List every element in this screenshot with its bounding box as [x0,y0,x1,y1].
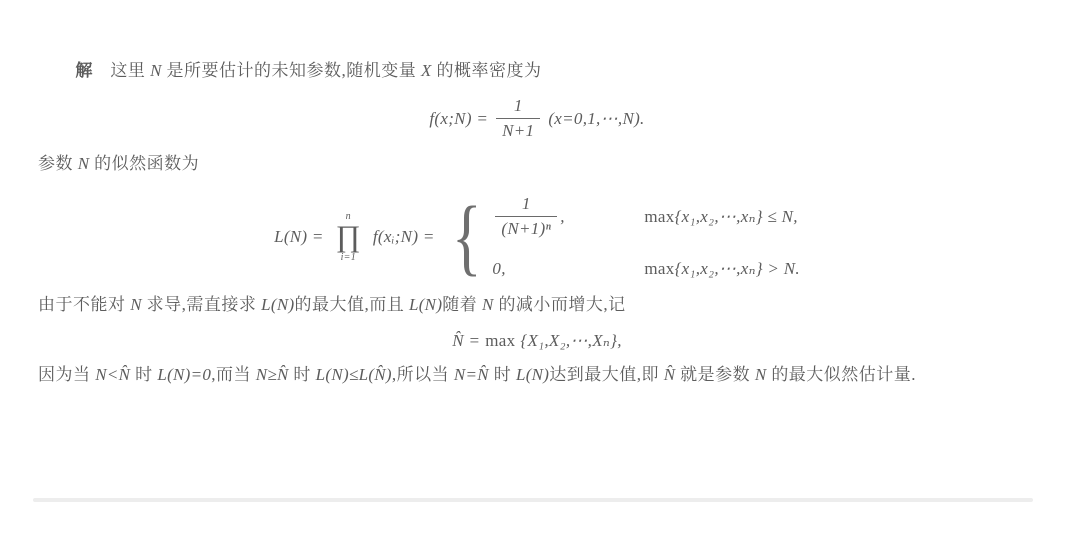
formula-domain: (x=0,1,⋯,N). [548,108,644,129]
text-run: 的减小而增大,记 [494,295,626,314]
math-inline: N=N̂ [454,365,489,384]
math-inline: L(N) [261,295,294,314]
case-1-value: 1 (N+1)ⁿ , [492,194,644,238]
conclusion-paragraph: 因为当 N<N̂ 时 L(N)=0,而当 N≥N̂ 时 L(N)≤L(N̂),所… [38,358,1036,391]
math-inline: L(N) [516,365,549,384]
text-run: 求导,需直接求 [142,295,261,314]
text-run: ,而当 [211,365,256,384]
text-run: 就是参数 [675,365,755,384]
case-row-2: 0, max{x₁,x₂,⋯,xₙ} > N. [492,258,800,279]
mle-lhs: N̂ = [452,330,480,351]
case-row-1: 1 (N+1)ⁿ , max{x₁,x₂,⋯,xₙ} ≤ N, [492,194,800,238]
case-2-condition-expr: {x₁,x₂,⋯,xₙ} > N. [675,259,800,278]
likelihood-middle: f(xᵢ;N) = [373,226,435,247]
text-run: 时 [130,365,157,384]
text-run: 的最大似然估计量. [767,365,917,384]
text-run: 的概率密度为 [432,61,542,80]
text-run: 解 [75,61,93,80]
max-operator: max [644,207,674,226]
product-lower-limit: i=1 [341,252,356,263]
math-inline: N [150,61,162,80]
math-inline: N [755,365,767,384]
case-2-value-text: 0, [492,258,505,279]
text-run: 因为当 [38,365,95,384]
math-inline: N [78,154,90,173]
text-run: 达到最大值,即 [549,365,664,384]
case-1-comma: , [560,206,565,227]
math-inline: X [421,61,432,80]
mle-arguments: {X₁,X₂,⋯,Xₙ}, [520,330,621,351]
fraction-numerator: 1 [496,96,540,119]
math-inline: N [482,295,494,314]
case-2-condition: max{x₁,x₂,⋯,xₙ} > N. [644,258,800,279]
text-run: 随着 [442,295,482,314]
math-inline: N≥N̂ [256,365,289,384]
text-run: 的似然函数为 [89,154,199,173]
case-1-condition-expr: {x₁,x₂,⋯,xₙ} ≤ N, [675,207,798,226]
derivative-note-paragraph: 由于不能对 N 求导,需直接求 L(N)的最大值,而且 L(N)随着 N 的减小… [38,288,1036,321]
pdf-display-formula: f(x;N) = 1 N+1 (x=0,1,⋯,N). [38,96,1036,140]
cases-brace: { [451,198,481,275]
likelihood-display-formula: L(N) = n ∏ i=1 f(xᵢ;N) = { 1 (N+1)ⁿ , ma… [38,194,1036,279]
product-operator: n ∏ i=1 [336,211,361,263]
text-run: 这里 [93,61,150,80]
case-1-fraction: 1 (N+1)ⁿ [495,194,557,238]
mle-display-formula: N̂ = max {X₁,X₂,⋯,Xₙ}, [38,330,1036,351]
case-2-value: 0, [492,258,644,279]
text-run: 参数 [38,154,78,173]
likelihood-lhs: L(N) = [274,226,324,247]
text-run: 时 [489,365,516,384]
text-run: 由于不能对 [38,295,130,314]
math-inline: L(N) [409,295,442,314]
text-run: 时 [289,365,316,384]
math-inline: L(N)≤L(N̂) [316,365,392,384]
fraction-denominator: N+1 [496,119,540,141]
scanned-textbook-page: 解 这里 N 是所要估计的未知参数,随机变量 X 的概率密度为 f(x;N) =… [0,0,1066,558]
product-symbol: ∏ [336,222,361,252]
math-inline: N<N̂ [95,365,130,384]
solution-intro-paragraph: 解 这里 N 是所要估计的未知参数,随机变量 X 的概率密度为 [38,54,1036,87]
fraction: 1 N+1 [496,96,540,140]
math-inline: L(N)=0 [157,365,211,384]
likelihood-intro-paragraph: 参数 N 的似然函数为 [38,147,1036,180]
formula-lhs: f(x;N) = [429,108,488,129]
text-run: ,所以当 [392,365,454,384]
max-operator: max [485,330,515,351]
text-run: 的最大值,而且 [294,295,409,314]
max-operator: max [644,259,674,278]
case-1-condition: max{x₁,x₂,⋯,xₙ} ≤ N, [644,206,797,227]
text-run: 是所要估计的未知参数,随机变量 [162,61,421,80]
piecewise-cases: 1 (N+1)ⁿ , max{x₁,x₂,⋯,xₙ} ≤ N, 0, max{x… [492,194,800,279]
math-inline: N [130,295,142,314]
case-1-denominator: (N+1)ⁿ [495,217,557,239]
horizontal-divider [33,498,1033,502]
math-inline: N̂ [664,365,676,384]
case-1-numerator: 1 [495,194,557,217]
